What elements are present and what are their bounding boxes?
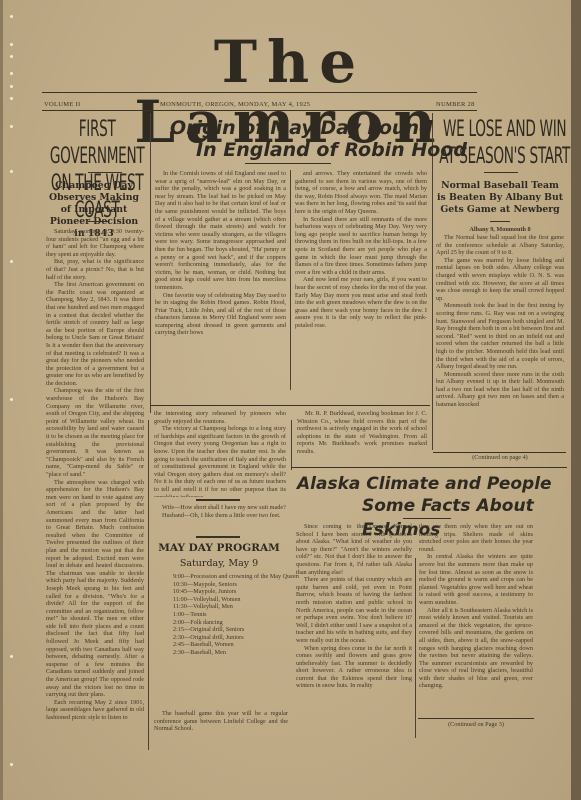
column-divider: [432, 113, 433, 450]
joke-line: Husband—Oh, I like them a little over tw…: [154, 512, 286, 520]
program-item: 2:30—Original drill, Juniors: [173, 634, 289, 642]
punch-hole: [10, 97, 13, 100]
program-item: 2:45—Baseball, Women: [173, 641, 289, 649]
program-item: 2:00—Folk dancing: [173, 619, 289, 627]
issue-number: NUMBER 28: [436, 101, 475, 108]
joke: Wife—How short shall I have my new suit …: [154, 504, 286, 519]
alaska-continued: (Continued on Page 3): [418, 721, 534, 728]
program-list: 9:00—Procession and crowning of the May …: [173, 573, 289, 657]
paragraph: Champoeg was the site of the first wareh…: [46, 387, 144, 478]
column-divider: [290, 170, 291, 390]
punch-hole: [10, 55, 13, 58]
paragraph: In central Alaska the winters are quite …: [419, 553, 533, 606]
paragraph: One favorite way of celebrating May Day …: [155, 292, 286, 338]
punch-hole: [10, 15, 13, 18]
section-rule: [150, 405, 430, 406]
paragraph: Saturday morning at 9:30 twenty-four stu…: [46, 228, 144, 258]
column-divider: [415, 558, 416, 738]
separator: [245, 163, 331, 164]
punch-hole: [10, 170, 13, 173]
program-title: MAY DAY PROGRAM: [150, 542, 288, 554]
page-edge: [571, 0, 581, 800]
masthead-rule: [42, 92, 477, 93]
mayday-headline-1: Origin of May Day Found: [170, 116, 433, 140]
punch-hole: [10, 72, 13, 75]
paragraph: they use them only when they are out on …: [419, 523, 533, 553]
paragraph: And now lend me your ears, girls, if you…: [295, 276, 427, 329]
mayday-col2: and arrows. They entertained the crowds …: [295, 170, 427, 402]
paragraph: In Scotland there are still remnants of …: [295, 216, 427, 277]
program-subtitle: Saturday, May 9: [150, 558, 288, 569]
separator: [418, 718, 534, 719]
joke-line: Wife—How short shall I have my new suit …: [154, 504, 286, 512]
dateline-rule: [42, 110, 477, 111]
paragraph: The game was marred by loose fielding an…: [436, 257, 564, 303]
paragraph: There are points of that country which a…: [296, 576, 412, 644]
program-item: 10:45—Maypole, Juniors: [173, 588, 289, 596]
headline-line: WE LOSE AND WIN: [438, 116, 571, 143]
volume-label: VOLUME II: [44, 101, 80, 108]
baseball-deck: Normal Baseball Team is Beaten By Albany…: [436, 180, 564, 216]
punch-hole: [10, 85, 13, 88]
alaska-col2: they use them only when they are out on …: [419, 523, 533, 718]
paragraph: The first American government on the Pac…: [46, 281, 144, 387]
punch-hole: [10, 125, 13, 128]
program-item: 2:15—Original drill, Seniors: [173, 626, 289, 634]
program-note: The baseball game this year will be a re…: [154, 710, 288, 733]
separator: [403, 518, 451, 519]
separator: [490, 221, 510, 222]
column-divider: [148, 420, 149, 750]
program-item: 10:30—Maypole, Seniors: [173, 581, 289, 589]
headline-line: FIRST GOVERNMENT: [46, 116, 148, 170]
paragraph: Mr. R. P. Burkhead, traveling bookman fo…: [297, 410, 427, 456]
paragraph: In the Cornish towns of old England one …: [155, 170, 286, 292]
paragraph: But, pray, what is the significance of t…: [46, 258, 144, 281]
alaska-col1: Since coming to the Oregon Normal School…: [296, 523, 412, 738]
paragraph: Monmouth scored three more runs in the s…: [436, 371, 564, 409]
paragraph: The atmosphere was charged with apprehen…: [46, 479, 144, 699]
baseball-continued: (Continued on page 4): [436, 454, 564, 461]
alaska-headline-1: Alaska Climate and People: [297, 472, 552, 496]
separator: [88, 172, 122, 173]
dateline: MONMOUTH, OREGON, MONDAY, MAY 4, 1925: [160, 101, 310, 108]
paragraph: The victory at Champoeg belongs to a lon…: [154, 425, 286, 497]
separator: [484, 172, 518, 173]
baseball-body: The Normal base ball squad lost the firs…: [436, 234, 564, 438]
baseball-score: Albany 9, Monmouth 8: [436, 226, 564, 233]
separator: [88, 221, 108, 222]
punch-hole: [10, 655, 13, 658]
column-divider: [291, 420, 292, 470]
champoeg-body: Saturday morning at 9:30 twenty-four stu…: [46, 228, 144, 748]
punch-hole: [10, 763, 13, 766]
ornament-rule: [196, 499, 240, 501]
paragraph: The Normal base ball squad lost the firs…: [436, 234, 564, 257]
program-item: 11:00—Volleyball, Women: [173, 596, 289, 604]
paragraph: The baseball game this year will be a re…: [154, 710, 288, 733]
punch-hole: [10, 398, 13, 401]
program-item: 1:00—Tennis: [173, 611, 289, 619]
ornament-rule: [196, 536, 240, 538]
program-item: 9:00—Procession and crowning of the May …: [173, 573, 289, 581]
program-item: 2:30—Baseball, Men: [173, 649, 289, 657]
paragraph: Each recurring May 2 since 1901, large a…: [46, 699, 144, 722]
paragraph: Monmouth took the lead in the first inni…: [436, 302, 564, 370]
separator: [433, 452, 566, 453]
punch-hole: [10, 260, 13, 263]
paragraph: When spring does come in the far north i…: [296, 645, 412, 691]
punch-hole: [10, 43, 13, 46]
column-divider: [150, 113, 151, 413]
champoeg-continued: the interesting story rehearsed by pione…: [154, 410, 286, 497]
baseball-headline: WE LOSE AND WIN AT SEASON'S START: [438, 116, 571, 170]
paragraph: After all it is Southeastern Alaska whic…: [419, 607, 533, 691]
program-item: 11:30—Volleyball, Men: [173, 603, 289, 611]
headline-line: AT SEASON'S START: [438, 143, 571, 170]
paragraph: the interesting story rehearsed by pione…: [154, 410, 286, 425]
mayday-headline-2: In England of Robin Hood: [196, 138, 467, 162]
paragraph: Since coming to the Oregon Normal School…: [296, 523, 412, 576]
paragraph: and arrows. They entertained the crowds …: [295, 170, 427, 216]
section-rule: [291, 467, 567, 468]
burkhead-note: Mr. R. P. Burkhead, traveling bookman fo…: [297, 410, 427, 456]
mayday-col1: In the Cornish towns of old England one …: [155, 170, 286, 402]
